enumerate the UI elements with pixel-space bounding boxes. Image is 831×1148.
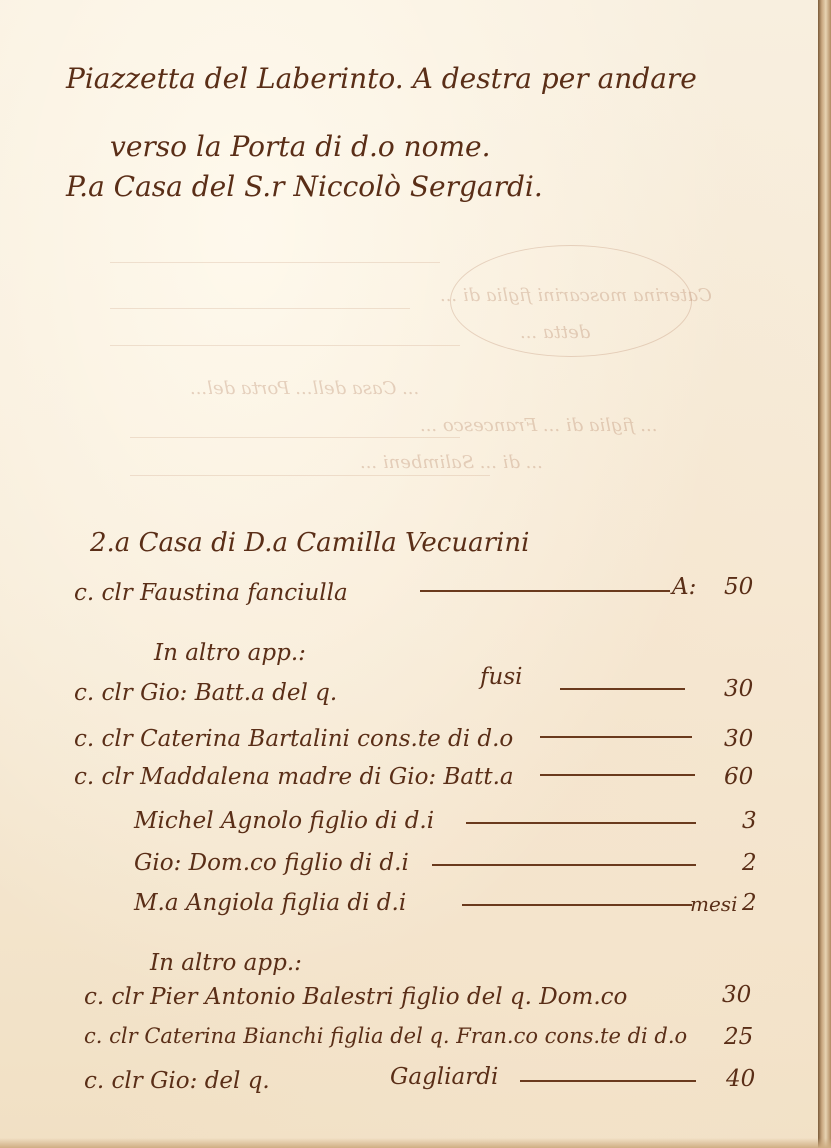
entry-person: Caterina Bartalini cons.te di d.o xyxy=(140,726,513,752)
entry-prefix: c. clr xyxy=(74,764,133,790)
dash-rule xyxy=(540,774,695,776)
entry-marker: A: xyxy=(672,574,696,600)
entry-person: Gio: Batt.a del q. xyxy=(140,680,337,706)
dash-rule xyxy=(462,904,692,906)
bleed-through-text: ... figlia di ... Francesco ... xyxy=(420,415,657,436)
dash-rule xyxy=(560,688,685,690)
header-line-1: Piazzetta del Laberinto. A destra per an… xyxy=(66,62,697,95)
faint-rule xyxy=(130,437,460,438)
entry-amount: 50 xyxy=(724,574,753,600)
bleed-through-text: ... di ... Salimbeni ... xyxy=(360,452,543,473)
entry-amount: 3 xyxy=(742,808,757,834)
subheading: In altro app.: xyxy=(154,640,306,666)
entry-prefix: c. clr xyxy=(84,1068,143,1094)
entry-amount: 60 xyxy=(724,764,753,790)
entry-amount: 2 xyxy=(742,850,757,876)
entry-name: c. clr Caterina Bartalini cons.te di d.o xyxy=(74,726,513,752)
entry-name: c. clr Gio: del q. xyxy=(84,1068,270,1094)
entry-name: M.a Angiola figlia di d.i xyxy=(134,890,406,916)
dash-rule xyxy=(432,864,696,866)
entry-prefix: c. clr xyxy=(74,726,133,752)
entry-amount: 25 xyxy=(724,1024,753,1050)
entry-marker: mesi xyxy=(690,892,737,916)
entry-person: Gio: del q. xyxy=(150,1068,270,1094)
entry-person: Maddalena madre di Gio: Batt.a xyxy=(140,764,514,790)
entry-person: M.a Angiola figlia di d.i xyxy=(134,890,406,916)
entry-person: Michel Agnolo figlio di d.i xyxy=(134,808,434,834)
dash-rule xyxy=(520,1080,696,1082)
entry-name: c. clr Maddalena madre di Gio: Batt.a xyxy=(74,764,514,790)
faint-rule xyxy=(130,475,490,476)
entry-annotation: Gagliardi xyxy=(390,1064,498,1090)
faint-rule xyxy=(110,262,440,263)
entry-person: Gio: Dom.co figlio di d.i xyxy=(134,850,409,876)
entry-prefix: c. clr xyxy=(74,680,133,706)
entry-name: Gio: Dom.co figlio di d.i xyxy=(134,850,409,876)
entry-prefix: c. clr xyxy=(84,1024,138,1048)
entry-name: c. clr Faustina fanciulla xyxy=(74,580,348,606)
header-line-3: P.a Casa del S.r Niccolò Sergardi. xyxy=(66,170,543,203)
entry-amount: 40 xyxy=(726,1066,755,1092)
entry-amount: 2 xyxy=(742,890,757,916)
entry-prefix: c. clr xyxy=(84,984,143,1010)
faint-rule xyxy=(110,345,460,346)
bleed-through-text: ... Casa dell... Porta del... xyxy=(190,378,419,399)
entry-name: c. clr Caterina Bianchi figlia del q. Fr… xyxy=(84,1024,687,1048)
manuscript-page: Caterina moscarini figlia di ... detta .… xyxy=(0,0,822,1148)
dash-rule xyxy=(420,590,670,592)
entry-name: c. clr Gio: Batt.a del q. xyxy=(74,680,337,706)
header-line-2: verso la Porta di d.o nome. xyxy=(110,130,491,163)
entry-person: Pier Antonio Balestri figlio del q. Dom.… xyxy=(150,984,627,1010)
entry-name: Michel Agnolo figlio di d.i xyxy=(134,808,434,834)
page-bottom-edge xyxy=(0,1138,831,1148)
entry-name: c. clr Pier Antonio Balestri figlio del … xyxy=(84,984,627,1010)
dash-rule xyxy=(466,822,696,824)
entry-prefix: c. clr xyxy=(74,580,133,606)
entry-amount: 30 xyxy=(722,982,751,1008)
subheading: In altro app.: xyxy=(150,950,302,976)
section-title: 2.a Casa di D.a Camilla Vecuarini xyxy=(90,528,529,558)
entry-person: Caterina Bianchi figlia del q. Fran.co c… xyxy=(144,1024,687,1048)
dash-rule xyxy=(540,736,692,738)
entry-amount: 30 xyxy=(724,726,753,752)
entry-person: Faustina fanciulla xyxy=(140,580,348,606)
bleed-through-oval xyxy=(450,245,692,357)
page-edge xyxy=(818,0,831,1148)
faint-rule xyxy=(110,308,410,309)
entry-amount: 30 xyxy=(724,676,753,702)
entry-annotation: fusi xyxy=(480,664,523,690)
